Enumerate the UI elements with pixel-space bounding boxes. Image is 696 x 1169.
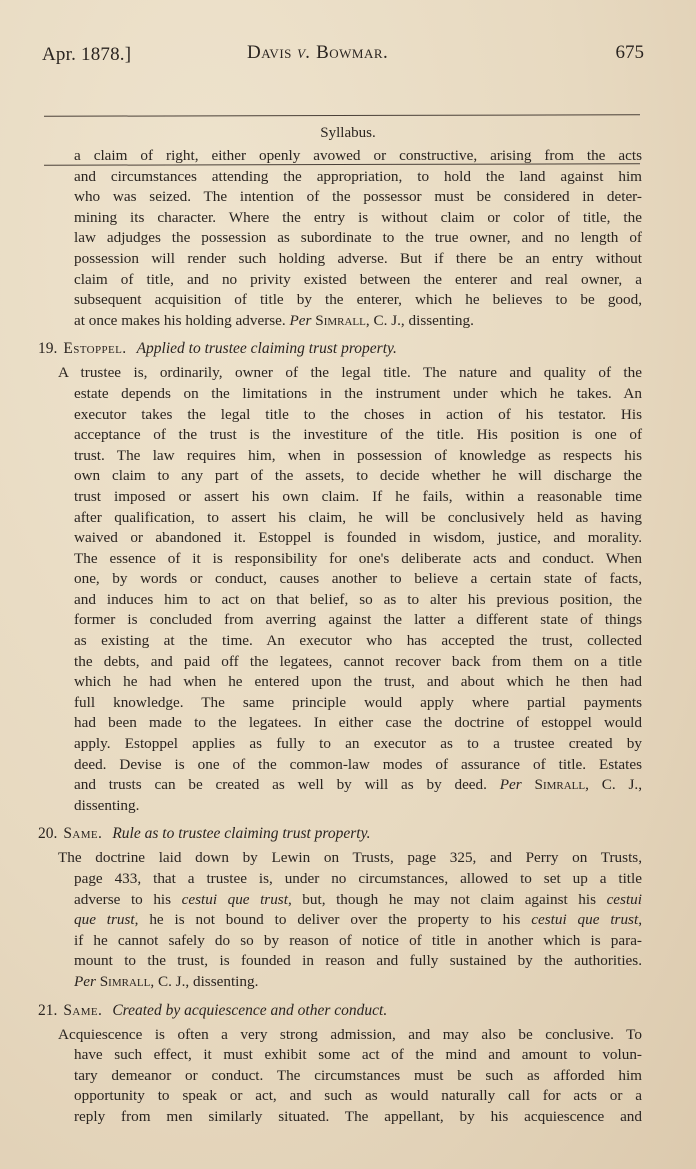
- section-heading-21: 21.Same.Created by acquiescence and othe…: [38, 1001, 642, 1025]
- text-line: which he had when he entered upon the tr…: [38, 672, 642, 693]
- judge-name: Simrall: [96, 973, 150, 990]
- text-line: the debts, and paid off the legatees, ca…: [38, 652, 642, 673]
- text-line: one, by words or conduct, causes another…: [38, 569, 642, 590]
- text-line: tary demeanor or conduct. The circumstan…: [38, 1066, 642, 1087]
- text-line: opportunity to speak or act, and such as…: [38, 1086, 642, 1107]
- syllabus-body: a claim of right, either openly avowed o…: [38, 146, 642, 1128]
- latin-term: cestui: [607, 891, 642, 908]
- header-case-title: Davis v. Bowmar.: [247, 42, 388, 64]
- text-line: a claim of right, either openly avowed o…: [38, 146, 642, 167]
- text-line: claim of title, and no privity existed b…: [38, 270, 642, 291]
- section-number: 19.: [38, 340, 57, 357]
- section-subhead: Syllabus.: [0, 125, 696, 142]
- text-line: acceptance of the trust is the investitu…: [38, 425, 642, 446]
- text-line: deed. Devise is one of the common-law mo…: [38, 755, 642, 776]
- text: , he is not bound to deliver over the pr…: [135, 911, 532, 928]
- per-label: Per: [290, 312, 312, 329]
- text-line: The doctrine laid down by Lewin on Trust…: [38, 848, 642, 869]
- case-versus: v.: [297, 42, 311, 63]
- section-subtitle: Rule as to trustee claiming trust proper…: [112, 825, 370, 842]
- text-line-attribution: at once makes his holding adverse. Per S…: [38, 311, 642, 332]
- text-line: adverse to his cestui que trust, but, th…: [38, 890, 642, 911]
- header-date: Apr. 1878.]: [42, 44, 131, 66]
- section-subtitle: Created by acquiescence and other conduc…: [112, 1002, 387, 1019]
- text-line: dissenting.: [38, 796, 642, 817]
- section-number: 21.: [38, 1002, 57, 1019]
- section-title: Estoppel.: [63, 340, 126, 357]
- text-line: and circumstances attending the appropri…: [38, 167, 642, 188]
- text-line: and induces him to act on that belief, s…: [38, 590, 642, 611]
- judge-name: Simrall: [522, 776, 585, 793]
- text-line: A trustee is, ordinarily, owner of the l…: [38, 363, 642, 384]
- case-party-1: Davis: [247, 42, 297, 63]
- text-line: as existing at the time. An executor who…: [38, 631, 642, 652]
- latin-term: cestui que trust: [531, 911, 638, 928]
- text-line: reply from men similarly situated. The a…: [38, 1107, 642, 1128]
- text-line-attribution: Per Simrall, C. J., dissenting.: [38, 972, 642, 993]
- text-line: The essence of it is responsibility for …: [38, 549, 642, 570]
- text-line: waived or abandoned it. Estoppel is foun…: [38, 528, 642, 549]
- page-number: 675: [616, 42, 645, 64]
- per-label: Per: [74, 973, 96, 990]
- text-line: who was seized. The intention of the pos…: [38, 187, 642, 208]
- text-line: had been made to the legatees. In either…: [38, 713, 642, 734]
- section-title: Same.: [63, 1002, 102, 1019]
- text-line: executor takes the legal title to the ch…: [38, 405, 642, 426]
- text-line: que trust, he is not bound to deliver ov…: [38, 910, 642, 931]
- text: ,: [638, 911, 642, 928]
- section-subtitle: Applied to trustee claiming trust proper…: [137, 340, 397, 357]
- text-line: subsequent acquisition of title by the e…: [38, 290, 642, 311]
- text-line: page 433, that a trustee is, under no ci…: [38, 869, 642, 890]
- text-line: trust imposed or assert his own claim. I…: [38, 487, 642, 508]
- text-line: trust. The law requires him, when in pos…: [38, 446, 642, 467]
- text: , C. J., dissenting.: [366, 312, 474, 329]
- text-line: own claim to any part of the assets, to …: [38, 466, 642, 487]
- text: and trusts can be created as well by wil…: [74, 776, 500, 793]
- section-heading-20: 20.Same.Rule as to trustee claiming trus…: [38, 824, 642, 848]
- text-line: apply. Estoppel applies as fully to an e…: [38, 734, 642, 755]
- text-line: former is concluded from averring agains…: [38, 610, 642, 631]
- book-page: Apr. 1878.] Davis v. Bowmar. 675 Syllabu…: [0, 0, 696, 1169]
- text: , C. J.,: [585, 776, 642, 793]
- text-line-attribution: and trusts can be created as well by wil…: [38, 775, 642, 796]
- text-line: possession will render such holding adve…: [38, 249, 642, 270]
- text-line: law adjudges the possession as subordina…: [38, 228, 642, 249]
- text: , but, though he may not claim against h…: [288, 891, 607, 908]
- text: at once makes his holding adverse.: [74, 312, 290, 329]
- text-line: if he cannot safely do so by reason of n…: [38, 931, 642, 952]
- text-line: full knowledge. The same principle would…: [38, 693, 642, 714]
- text-line: Acquiescence is often a very strong admi…: [38, 1025, 642, 1046]
- section-heading-19: 19.Estoppel.Applied to trustee claiming …: [38, 339, 642, 363]
- text-line: after qualification, to assert his claim…: [38, 508, 642, 529]
- section-title: Same.: [63, 825, 102, 842]
- text-line: estate depends on the limitations in the…: [38, 384, 642, 405]
- case-party-2: Bowmar.: [311, 42, 388, 63]
- text-line: mining its character. Where the entry is…: [38, 208, 642, 229]
- header-rule-top: [44, 114, 640, 117]
- text-line: have such effect, it must exhibit some a…: [38, 1045, 642, 1066]
- section-number: 20.: [38, 825, 57, 842]
- text: , C. J., dissenting.: [150, 973, 258, 990]
- judge-name: Simrall: [311, 312, 365, 329]
- running-header: Apr. 1878.] Davis v. Bowmar. 675: [42, 40, 642, 70]
- latin-term: que trust: [74, 911, 135, 928]
- latin-term: cestui que trust: [182, 891, 288, 908]
- per-label: Per: [500, 776, 522, 793]
- text: adverse to his: [74, 891, 182, 908]
- text-line: mount to the trust, is founded in reason…: [38, 951, 642, 972]
